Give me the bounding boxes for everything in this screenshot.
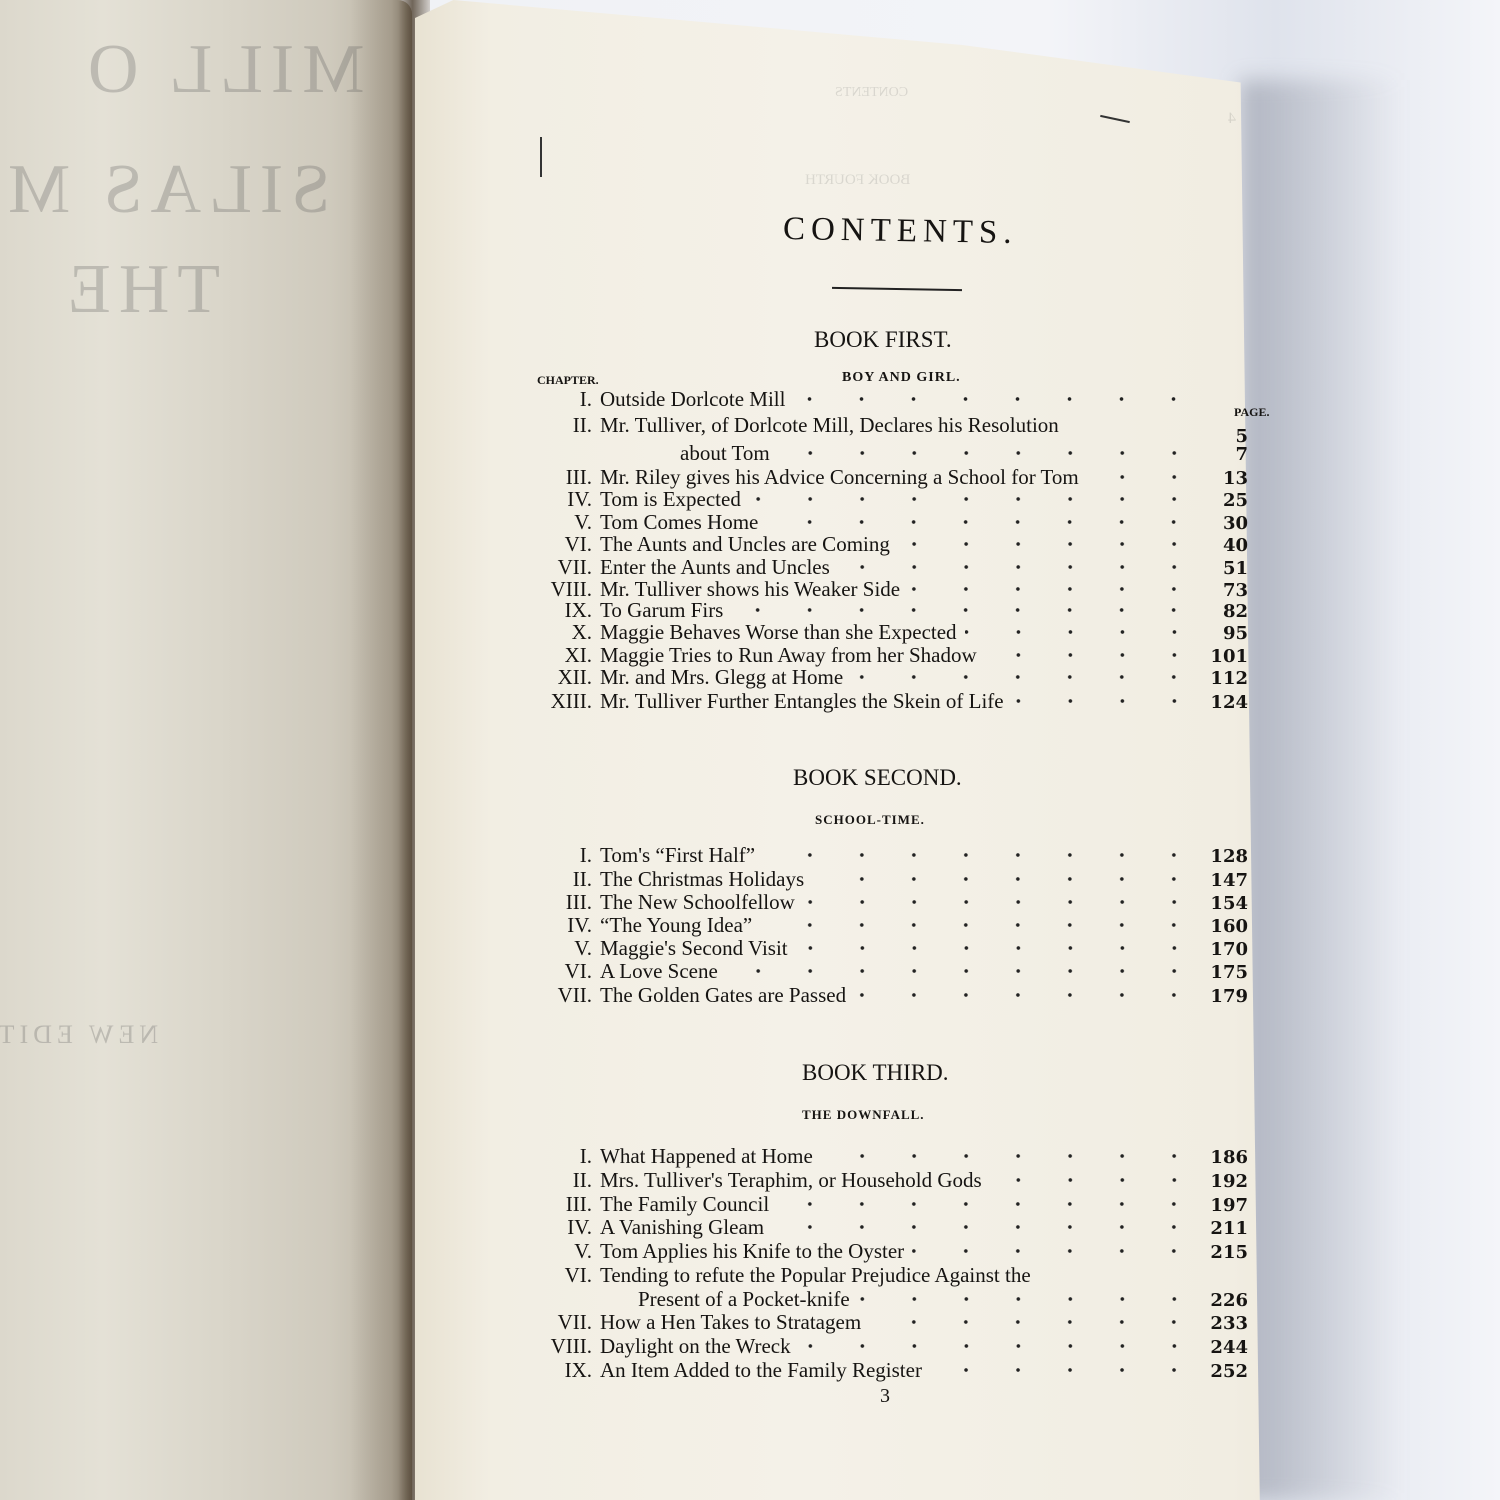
page-number: 7: [1208, 444, 1248, 465]
page-number: 211: [1208, 1218, 1248, 1239]
book-heading: BOOK THIRD.: [802, 1060, 949, 1086]
dot-leader: [869, 1320, 1200, 1324]
chapter-number: II.: [500, 867, 600, 892]
toc-row[interactable]: VI. Tending to refute the Popular Prejud…: [500, 1263, 1248, 1287]
chapter-title: The Aunts and Uncles are Coming: [600, 532, 890, 557]
chapter-title: Daylight on the Wreck: [600, 1334, 791, 1359]
dot-leader: [793, 397, 1200, 401]
toc-row[interactable]: XI. Maggie Tries to Run Away from her Sh…: [500, 643, 1248, 667]
dot-leader: [965, 630, 1200, 634]
dot-leader: [772, 1225, 1200, 1229]
dot-leader: [760, 923, 1200, 927]
chapter-title: A Vanishing Gleam: [600, 1215, 764, 1240]
chapter-title: An Item Added to the Family Register: [600, 1358, 922, 1383]
page-number: 186: [1208, 1147, 1248, 1168]
chapter-title: Tom is Expected: [600, 487, 741, 512]
toc-row[interactable]: II. Mr. Tulliver, of Dorlcote Mill, Decl…: [500, 413, 1248, 437]
toc-row[interactable]: VI. The Aunts and Uncles are Coming 40: [500, 532, 1248, 556]
chapter-number: II.: [500, 413, 600, 438]
chapter-title: Mrs. Tulliver's Teraphim, or Household G…: [600, 1168, 982, 1193]
toc-row[interactable]: VI. A Love Scene 175: [500, 959, 1248, 983]
chapter-number: VI.: [500, 532, 600, 557]
chapter-number: III.: [500, 890, 600, 915]
toc-row[interactable]: II. The Christmas Holidays 147: [500, 867, 1248, 891]
toc-row[interactable]: VII. How a Hen Takes to Stratagem 233: [500, 1310, 1248, 1334]
dot-leader: [821, 1154, 1200, 1158]
show-through-text: MILL O: [80, 30, 365, 110]
chapter-number: VII.: [500, 983, 600, 1008]
dot-leader: [898, 542, 1200, 546]
page-number: 101: [1208, 646, 1248, 667]
dot-leader: [749, 497, 1200, 501]
page-shadow: [1240, 80, 1400, 1500]
dot-leader: [803, 900, 1200, 904]
dot-leader: [990, 1178, 1200, 1182]
chapter-number: V.: [500, 1239, 600, 1264]
toc-row[interactable]: III. The New Schoolfellow 154: [500, 890, 1248, 914]
chapter-number: I.: [500, 843, 600, 868]
dot-leader: [1087, 475, 1200, 479]
dot-leader: [851, 675, 1200, 679]
page-number: 226: [1208, 1290, 1248, 1311]
page-number: 154: [1208, 893, 1248, 914]
chapter-title: The Christmas Holidays: [600, 867, 804, 892]
chapter-number: VIII.: [500, 1334, 600, 1359]
chapter-number: VI.: [500, 959, 600, 984]
chapter-number: V.: [500, 936, 600, 961]
dot-leader: [912, 1249, 1200, 1253]
chapter-title: How a Hen Takes to Stratagem: [600, 1310, 861, 1335]
toc-row[interactable]: V. Maggie's Second Visit 170: [500, 936, 1248, 960]
dot-leader: [726, 969, 1200, 973]
toc-row-continuation: about Tom 7: [500, 441, 1248, 465]
page-number: 25: [1208, 490, 1248, 511]
dot-leader: [763, 853, 1200, 857]
show-through-text: THE: [60, 250, 220, 330]
chapter-title: “The Young Idea”: [600, 913, 752, 938]
chapter-title: What Happened at Home: [600, 1144, 813, 1169]
chapter-number: XII.: [500, 665, 600, 690]
book-subtitle: THE DOWNFALL.: [802, 1107, 925, 1123]
chapter-number: IV.: [500, 1215, 600, 1240]
page-number: 192: [1208, 1171, 1248, 1192]
chapter-title: The Family Council: [600, 1192, 769, 1217]
book-subtitle: BOY AND GIRL.: [842, 370, 961, 386]
page-number: 175: [1208, 962, 1248, 983]
page-number: 82: [1208, 601, 1248, 622]
toc-row[interactable]: I. What Happened at Home 186: [500, 1144, 1248, 1168]
toc-row[interactable]: VII. The Golden Gates are Passed 179: [500, 983, 1248, 1007]
toc-row[interactable]: X. Maggie Behaves Worse than she Expecte…: [500, 620, 1248, 644]
page-number: 233: [1208, 1313, 1248, 1334]
page-number: 51: [1208, 558, 1248, 579]
book-heading: BOOK SECOND.: [793, 765, 962, 791]
dot-leader: [778, 451, 1200, 455]
toc-row[interactable]: IV. “The Young Idea” 160: [500, 913, 1248, 937]
dot-leader: [838, 565, 1200, 569]
toc-row[interactable]: VIII. Daylight on the Wreck 244: [500, 1334, 1248, 1358]
chapter-number: I.: [500, 1144, 600, 1169]
page-number: 13: [1208, 468, 1248, 489]
page-number: 215: [1208, 1242, 1248, 1263]
chapter-number: IX.: [500, 1358, 600, 1383]
toc-row[interactable]: IV. A Vanishing Gleam 211: [500, 1215, 1248, 1239]
page-number: 179: [1208, 986, 1248, 1007]
page-title: CONTENTS.: [783, 211, 1018, 252]
dot-leader: [930, 1368, 1200, 1372]
chapter-title-continuation: Present of a Pocket-knife: [638, 1287, 850, 1312]
page-number: 40: [1208, 535, 1248, 556]
chapter-title: Tom Applies his Knife to the Oyster: [600, 1239, 904, 1264]
chapter-number: IV.: [500, 913, 600, 938]
chapter-number: I.: [500, 387, 600, 412]
toc-row[interactable]: I. Outside Dorlcote Mill 5: [500, 387, 1248, 411]
dot-leader: [799, 1344, 1200, 1348]
chapter-title: Maggie Behaves Worse than she Expected: [600, 620, 957, 645]
chapter-number: II.: [500, 1168, 600, 1193]
dot-leader: [1012, 699, 1200, 703]
show-through-text: SILAS M: [0, 150, 330, 230]
page-number: 95: [1208, 623, 1248, 644]
toc-row[interactable]: IX. An Item Added to the Family Register…: [500, 1358, 1248, 1382]
book-subtitle: SCHOOL-TIME.: [815, 812, 925, 828]
page-number: 197: [1208, 1195, 1248, 1216]
chapter-number: XIII.: [500, 689, 600, 714]
chapter-title: Outside Dorlcote Mill: [600, 387, 785, 412]
chapter-title: Maggie's Second Visit: [600, 936, 788, 961]
page-number: 170: [1208, 939, 1248, 960]
toc-row-continuation: Present of a Pocket-knife 226: [500, 1287, 1248, 1311]
dot-leader: [731, 608, 1200, 612]
chapter-number: X.: [500, 620, 600, 645]
chapter-title: The New Schoolfellow: [600, 890, 795, 915]
chapter-title: Mr. Tulliver Further Entangles the Skein…: [600, 689, 1004, 714]
chapter-number: VI.: [500, 1263, 600, 1288]
page-number: 124: [1208, 692, 1248, 713]
dot-leader: [858, 1297, 1200, 1301]
chapter-title: Mr. Tulliver, of Dorlcote Mill, Declares…: [600, 413, 1059, 438]
dot-leader: [777, 1202, 1200, 1206]
page-number: 244: [1208, 1337, 1248, 1358]
page-number: 160: [1208, 916, 1248, 937]
show-through-text: NEW EDITI: [0, 1020, 158, 1050]
dot-leader: [854, 993, 1200, 997]
chapter-number: III.: [500, 1192, 600, 1217]
chapter-title: Tom's “First Half”: [600, 843, 755, 868]
chapter-title: The Golden Gates are Passed: [600, 983, 846, 1008]
page-number: 128: [1208, 846, 1248, 867]
page-number: 30: [1208, 513, 1248, 534]
dot-leader: [812, 877, 1200, 881]
dot-leader: [908, 587, 1200, 591]
toc-row[interactable]: VII. Enter the Aunts and Uncles 51: [500, 555, 1248, 579]
toc-row[interactable]: IX. To Garum Firs 82: [500, 598, 1248, 622]
dot-leader: [985, 653, 1200, 657]
page-number: 112: [1208, 668, 1248, 689]
dot-leader: [796, 946, 1200, 950]
chapter-column-label: CHAPTER.: [537, 373, 599, 388]
toc-row[interactable]: III. Mr. Riley gives his Advice Concerni…: [500, 465, 1248, 489]
toc-row[interactable]: II. Mrs. Tulliver's Teraphim, or Househo…: [500, 1168, 1248, 1192]
dot-leader: [766, 520, 1200, 524]
toc-row[interactable]: V. Tom Applies his Knife to the Oyster 2…: [500, 1239, 1248, 1263]
toc-row[interactable]: V. Tom Comes Home 30: [500, 510, 1248, 534]
page-number: 252: [1208, 1361, 1248, 1382]
chapter-title-continuation: about Tom: [680, 441, 770, 466]
toc-row[interactable]: III. The Family Council 197: [500, 1192, 1248, 1216]
page-number: 147: [1208, 870, 1248, 891]
toc-row[interactable]: XII. Mr. and Mrs. Glegg at Home 112: [500, 665, 1248, 689]
title-rule: [832, 287, 962, 291]
contents-page: CONTENTS. BOOK FIRST. BOY AND GIRL. CHAP…: [500, 0, 1260, 1500]
page-folio: 3: [880, 1385, 890, 1408]
chapter-title: Mr. and Mrs. Glegg at Home: [600, 665, 843, 690]
book-heading: BOOK FIRST.: [814, 327, 952, 353]
toc-row[interactable]: XIII. Mr. Tulliver Further Entangles the…: [500, 689, 1248, 713]
chapter-title: Tending to refute the Popular Prejudice …: [600, 1263, 1031, 1288]
toc-row[interactable]: IV. Tom is Expected 25: [500, 487, 1248, 511]
chapter-number: VII.: [500, 1310, 600, 1335]
toc-row[interactable]: I. Tom's “First Half” 128: [500, 843, 1248, 867]
chapter-title: A Love Scene: [600, 959, 718, 984]
chapter-number: IV.: [500, 487, 600, 512]
